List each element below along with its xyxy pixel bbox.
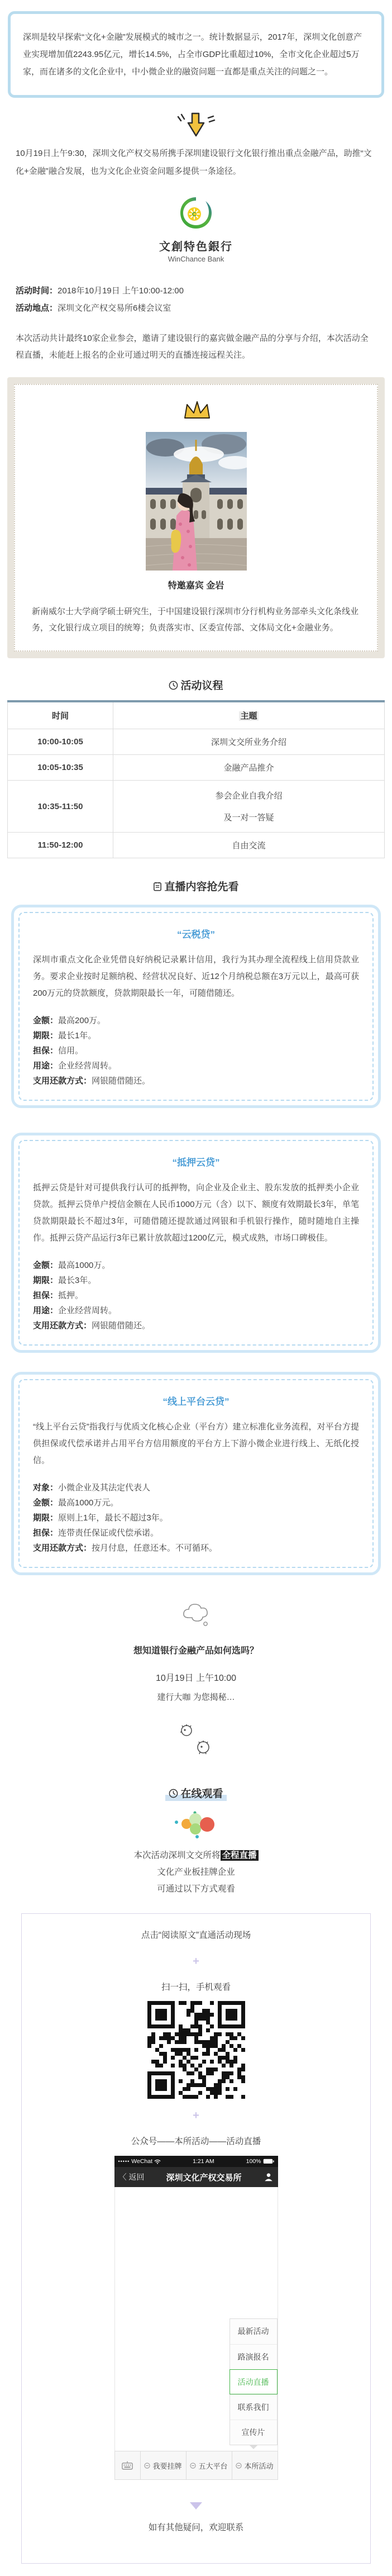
watch-methods-box: 点击“阅读原文”直通活动现场 + 扫一扫，手机观看 + 公众号——本所活动——活… — [21, 1913, 371, 2564]
popup-tail — [250, 2445, 257, 2449]
agenda-topic: 参会企业自我介绍 及一对一答疑 — [113, 781, 385, 833]
document-icon — [153, 882, 162, 891]
product-title: “线上平台云贷” — [33, 1394, 359, 1408]
agenda-title: 活动议程 — [180, 680, 223, 692]
product-fields: 金额：最高200万。 期限：最长1年。 担保：信用。 用途：企业经营周转。 支用… — [33, 1013, 359, 1089]
guest-box-inner: 特邀嘉宾 金岩 新南威尔士大学商学硕士研究生，于中国建设银行深圳市分行机构业务部… — [14, 384, 378, 652]
phone-toolbar: 我要挂牌 五大平台 本所活动 — [114, 2451, 278, 2480]
scan-tip: 扫一扫，手机观看 — [22, 1980, 370, 1993]
watch-line3: 可通过以下方式观看 — [0, 1881, 392, 1898]
phone-account-title: 深圳文化产权交易所 — [144, 2171, 263, 2183]
agenda-header-row: 时间 主题 — [8, 701, 385, 729]
thought-cloud-icon — [179, 1600, 213, 1628]
winchance-spiral-icon: C — [178, 196, 214, 231]
guest-bio: 新南威尔士大学商学硕士研究生，于中国建设银行深圳市分行机构业务部牵头文化条线业务… — [32, 603, 360, 636]
watch-lines: 本次活动深圳文交所将全程直播 文化产业板挂牌企业 可通过以下方式观看 — [0, 1847, 392, 1898]
agenda-topic: 金融产品推介 — [113, 755, 385, 781]
event-time-value: 2018年10月19日 上午10:00-12:00 — [58, 286, 184, 296]
intro-box: 深圳是较早探索“文化+金融”发展模式的城市之一。统计数据显示，2017年，深圳文… — [8, 11, 384, 98]
bubble-dots-icon — [171, 1808, 221, 1840]
preview-title: 直播内容抢先看 — [164, 881, 238, 893]
product-body: “线上平台云贷”指我行与优质文化核心企业（平台方）建立标准化业务流程，对平台方提… — [33, 1419, 359, 1469]
toolbar-btn-listing: 我要挂牌 — [141, 2451, 186, 2479]
down-triangle-icon — [190, 2502, 202, 2510]
plus-separator: + — [22, 1955, 370, 1968]
menu-item-latest: 最新活动 — [230, 2319, 277, 2344]
carrier-label: WeChat — [131, 2158, 152, 2165]
cloud-doodle-section — [0, 1600, 392, 1630]
chick-doodles-section — [0, 1723, 392, 1760]
event-place-label: 活动地点： — [16, 303, 58, 313]
intro-text: 深圳是较早探索“文化+金融”发展模式的城市之一。统计数据显示，2017年，深圳文… — [23, 32, 362, 77]
event-info: 活动时间：2018年10月19日 上午10:00-12:00 活动地点：深圳文化… — [16, 282, 376, 317]
contact-footer: 如有其他疑问，欢迎联系 — [22, 2521, 370, 2533]
agenda-time: 11:50-12:00 — [8, 833, 113, 858]
guest-caption: 特邀嘉宾 金岩 — [32, 578, 360, 591]
preview-header: 直播内容抢先看 — [0, 878, 392, 893]
watch-line2: 文化产业板挂牌企业 — [0, 1864, 392, 1881]
account-path-tip: 公众号——本所活动——活动直播 — [22, 2135, 370, 2147]
product-body: 抵押云贷是针对可提供我行认可的抵押物，向企业及企业主、股东发放的抵押类小企业贷款… — [33, 1180, 359, 1247]
logo-cn-text: 文創特色銀行 — [0, 237, 392, 254]
product-card-diyayundai: “抵押云贷” 抵押云贷是针对可提供我行认可的抵押物，向企业及企业主、股东发放的抵… — [11, 1133, 381, 1353]
agenda-col-topic: 主题 — [113, 701, 385, 729]
menu-item-roadshow: 路演报名 — [230, 2344, 277, 2369]
keyboard-icon — [115, 2451, 141, 2479]
event-time-label: 活动时间： — [16, 286, 58, 296]
agenda-header: 活动议程 — [0, 677, 392, 692]
phone-nav-bar: 〈 返回 深圳文化产权交易所 — [114, 2167, 278, 2187]
phone-status-bar: ••••• WeChat 1:21 AM 100% — [114, 2156, 278, 2167]
bubble-dots-section — [0, 1808, 392, 1842]
crown-icon — [181, 400, 211, 423]
circled-dash-icon — [190, 2463, 196, 2469]
agenda-topic: 自由交流 — [113, 833, 385, 858]
menu-item-promo: 宣传片 — [230, 2420, 277, 2445]
guest-photo — [146, 432, 247, 571]
agenda-col-time: 时间 — [8, 701, 113, 729]
plus-separator: + — [22, 2109, 370, 2122]
phone-popup-menu: 最新活动 路演报名 活动直播 联系我们 宣传片 — [230, 2318, 278, 2445]
signal-dots: ••••• — [118, 2159, 130, 2164]
person-icon — [264, 2172, 274, 2182]
agenda-time: 10:05-10:35 — [8, 755, 113, 781]
wifi-icon — [154, 2159, 161, 2164]
table-row: 11:50-12:00 自由交流 — [8, 833, 385, 858]
circled-dash-icon — [236, 2463, 242, 2469]
summary-paragraph: 本次活动共计最终10家企业参会，邀请了建设银行的嘉宾做金融产品的分享与介绍，本次… — [16, 330, 376, 364]
qr-code — [147, 2000, 246, 2099]
watch-header: 在线观看 — [0, 1785, 392, 1800]
clock-icon — [169, 681, 178, 690]
wechat-screenshot: ••••• WeChat 1:21 AM 100% 〈 返回 深圳文化产权交易所 — [114, 2156, 278, 2480]
product-title: “抵押云贷” — [33, 1154, 359, 1168]
agenda-time: 10:00-10:05 — [8, 729, 113, 755]
product-card-yunshuidai: “云税贷” 深圳市重点文化企业凭借良好纳税记录累计信用，我行为其办理全流程线上信… — [11, 905, 381, 1108]
battery-percent: 100% — [246, 2158, 261, 2165]
table-row: 10:35-11:50 参会企业自我介绍 及一对一答疑 — [8, 781, 385, 833]
teaser-when: 10月19日 上午10:00 — [0, 1671, 392, 1684]
read-original-tip: 点击“阅读原文”直通活动现场 — [22, 1928, 370, 1941]
event-place-line: 活动地点：深圳文化产权交易所6楼会议室 — [16, 300, 376, 317]
live-badge: 全程直播 — [221, 1850, 259, 1861]
teaser-question: 想知道银行金融产品如何选吗？ — [0, 1643, 392, 1656]
watch-line1: 本次活动深圳文交所将全程直播 — [0, 1847, 392, 1864]
arrow-section — [0, 111, 392, 141]
event-time-line: 活动时间：2018年10月19日 上午10:00-12:00 — [16, 282, 376, 300]
menu-item-live: 活动直播 — [230, 2369, 278, 2394]
down-arrow-doodle-icon — [169, 111, 223, 139]
product-card-xianshangpingtai: “线上平台云贷” “线上平台云贷”指我行与优质文化核心企业（平台方）建立标准化业… — [11, 1372, 381, 1575]
guest-box: 特邀嘉宾 金岩 新南威尔士大学商学硕士研究生，于中国建设银行深圳市分行机构业务部… — [7, 377, 385, 658]
svg-text:C: C — [192, 211, 197, 218]
product-fields: 对象：小微企业及其法定代表人 金额：最高1000万元。 期限：原则上1年，最长不… — [33, 1480, 359, 1556]
agenda-table: 时间 主题 10:00-10:05 深圳文交所业务介绍 10:05-10:35 … — [7, 700, 385, 858]
back-label: 返回 — [128, 2173, 144, 2181]
event-place-value: 深圳文化产权交易所6楼会议室 — [58, 303, 171, 313]
status-time: 1:21 AM — [193, 2158, 214, 2165]
watch-title: 在线观看 — [180, 1788, 223, 1800]
agenda-topic: 深圳文交所业务介绍 — [113, 729, 385, 755]
circled-dash-icon — [144, 2463, 150, 2469]
lead-paragraph: 10月19日上午9:30，深圳文化产权交易所携手深圳建设银行文化银行推出重点金融… — [16, 145, 376, 180]
table-row: 10:05-10:35 金融产品推介 — [8, 755, 385, 781]
toolbar-btn-activities: 本所活动 — [232, 2451, 278, 2479]
menu-item-contact: 联系我们 — [230, 2394, 277, 2420]
clock-icon — [169, 1789, 178, 1798]
product-body: 深圳市重点文化企业凭借良好纳税记录累计信用，我行为其办理全流程线上信用贷款业务。… — [33, 952, 359, 1002]
phone-content-area: 最新活动 路演报名 活动直播 联系我们 宣传片 — [114, 2187, 278, 2451]
agenda-time: 10:35-11:50 — [8, 781, 113, 833]
product-title: “云税贷” — [33, 926, 359, 940]
toolbar-btn-platforms: 五大平台 — [186, 2451, 232, 2479]
product-fields: 金额：最高1000万。 期限：最长3年。 担保：抵押。 用途：企业经营周转。 支… — [33, 1258, 359, 1333]
winchance-logo: C 文創特色銀行 WinChance Bank — [0, 196, 392, 263]
table-row: 10:00-10:05 深圳文交所业务介绍 — [8, 729, 385, 755]
logo-en-text: WinChance Bank — [0, 255, 392, 263]
battery-icon — [263, 2159, 274, 2164]
back-chevron-icon: 〈 返回 — [119, 2171, 145, 2183]
teaser-who: 建行大咖 为您揭秘… — [0, 1691, 392, 1703]
chick-doodles-icon — [165, 1723, 227, 1757]
